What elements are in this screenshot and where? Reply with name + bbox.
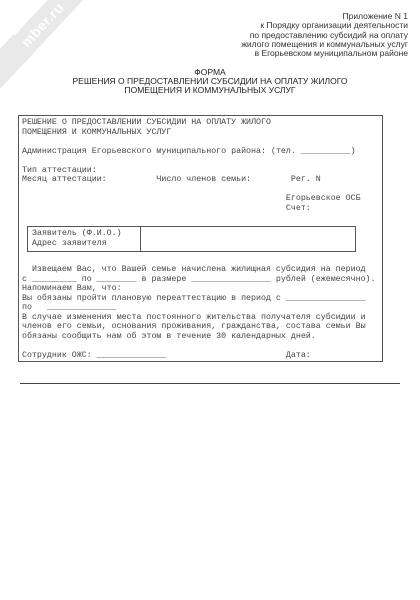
form-title: ФОРМА РЕШЕНИЯ О ПРЕДОСТАВЛЕНИИ СУБСИДИИ … bbox=[0, 68, 420, 95]
applicant-labels: Заявитель (Ф.И.О.) Адрес заявителя bbox=[28, 227, 141, 251]
appendix-note: Приложение N 1 к Порядку организации дея… bbox=[241, 12, 408, 58]
applicant-value-cell bbox=[141, 227, 355, 251]
appendix-note-line: в Егорьевском муниципальном районе bbox=[241, 49, 408, 58]
applicant-address-label: Адрес заявителя bbox=[32, 239, 140, 249]
form-title-line: ПОМЕЩЕНИЯ И КОММУНАЛЬНЫХ УСЛУГ bbox=[0, 86, 420, 95]
decision-form-box: РЕШЕНИЕ О ПРЕДОСТАВЛЕНИИ СУБСИДИИ НА ОПЛ… bbox=[18, 115, 383, 362]
form-section-bottom: Извещаем Вас, что Вашей семье начислена … bbox=[19, 263, 382, 360]
bottom-divider bbox=[20, 383, 400, 384]
applicant-name-label: Заявитель (Ф.И.О.) bbox=[32, 229, 140, 239]
document-page: NoNumber.ru Приложение N 1 к Порядку орг… bbox=[0, 0, 420, 600]
form-section-top: РЕШЕНИЕ О ПРЕДОСТАВЛЕНИИ СУБСИДИИ НА ОПЛ… bbox=[19, 116, 382, 213]
applicant-box: Заявитель (Ф.И.О.) Адрес заявителя bbox=[27, 226, 356, 252]
